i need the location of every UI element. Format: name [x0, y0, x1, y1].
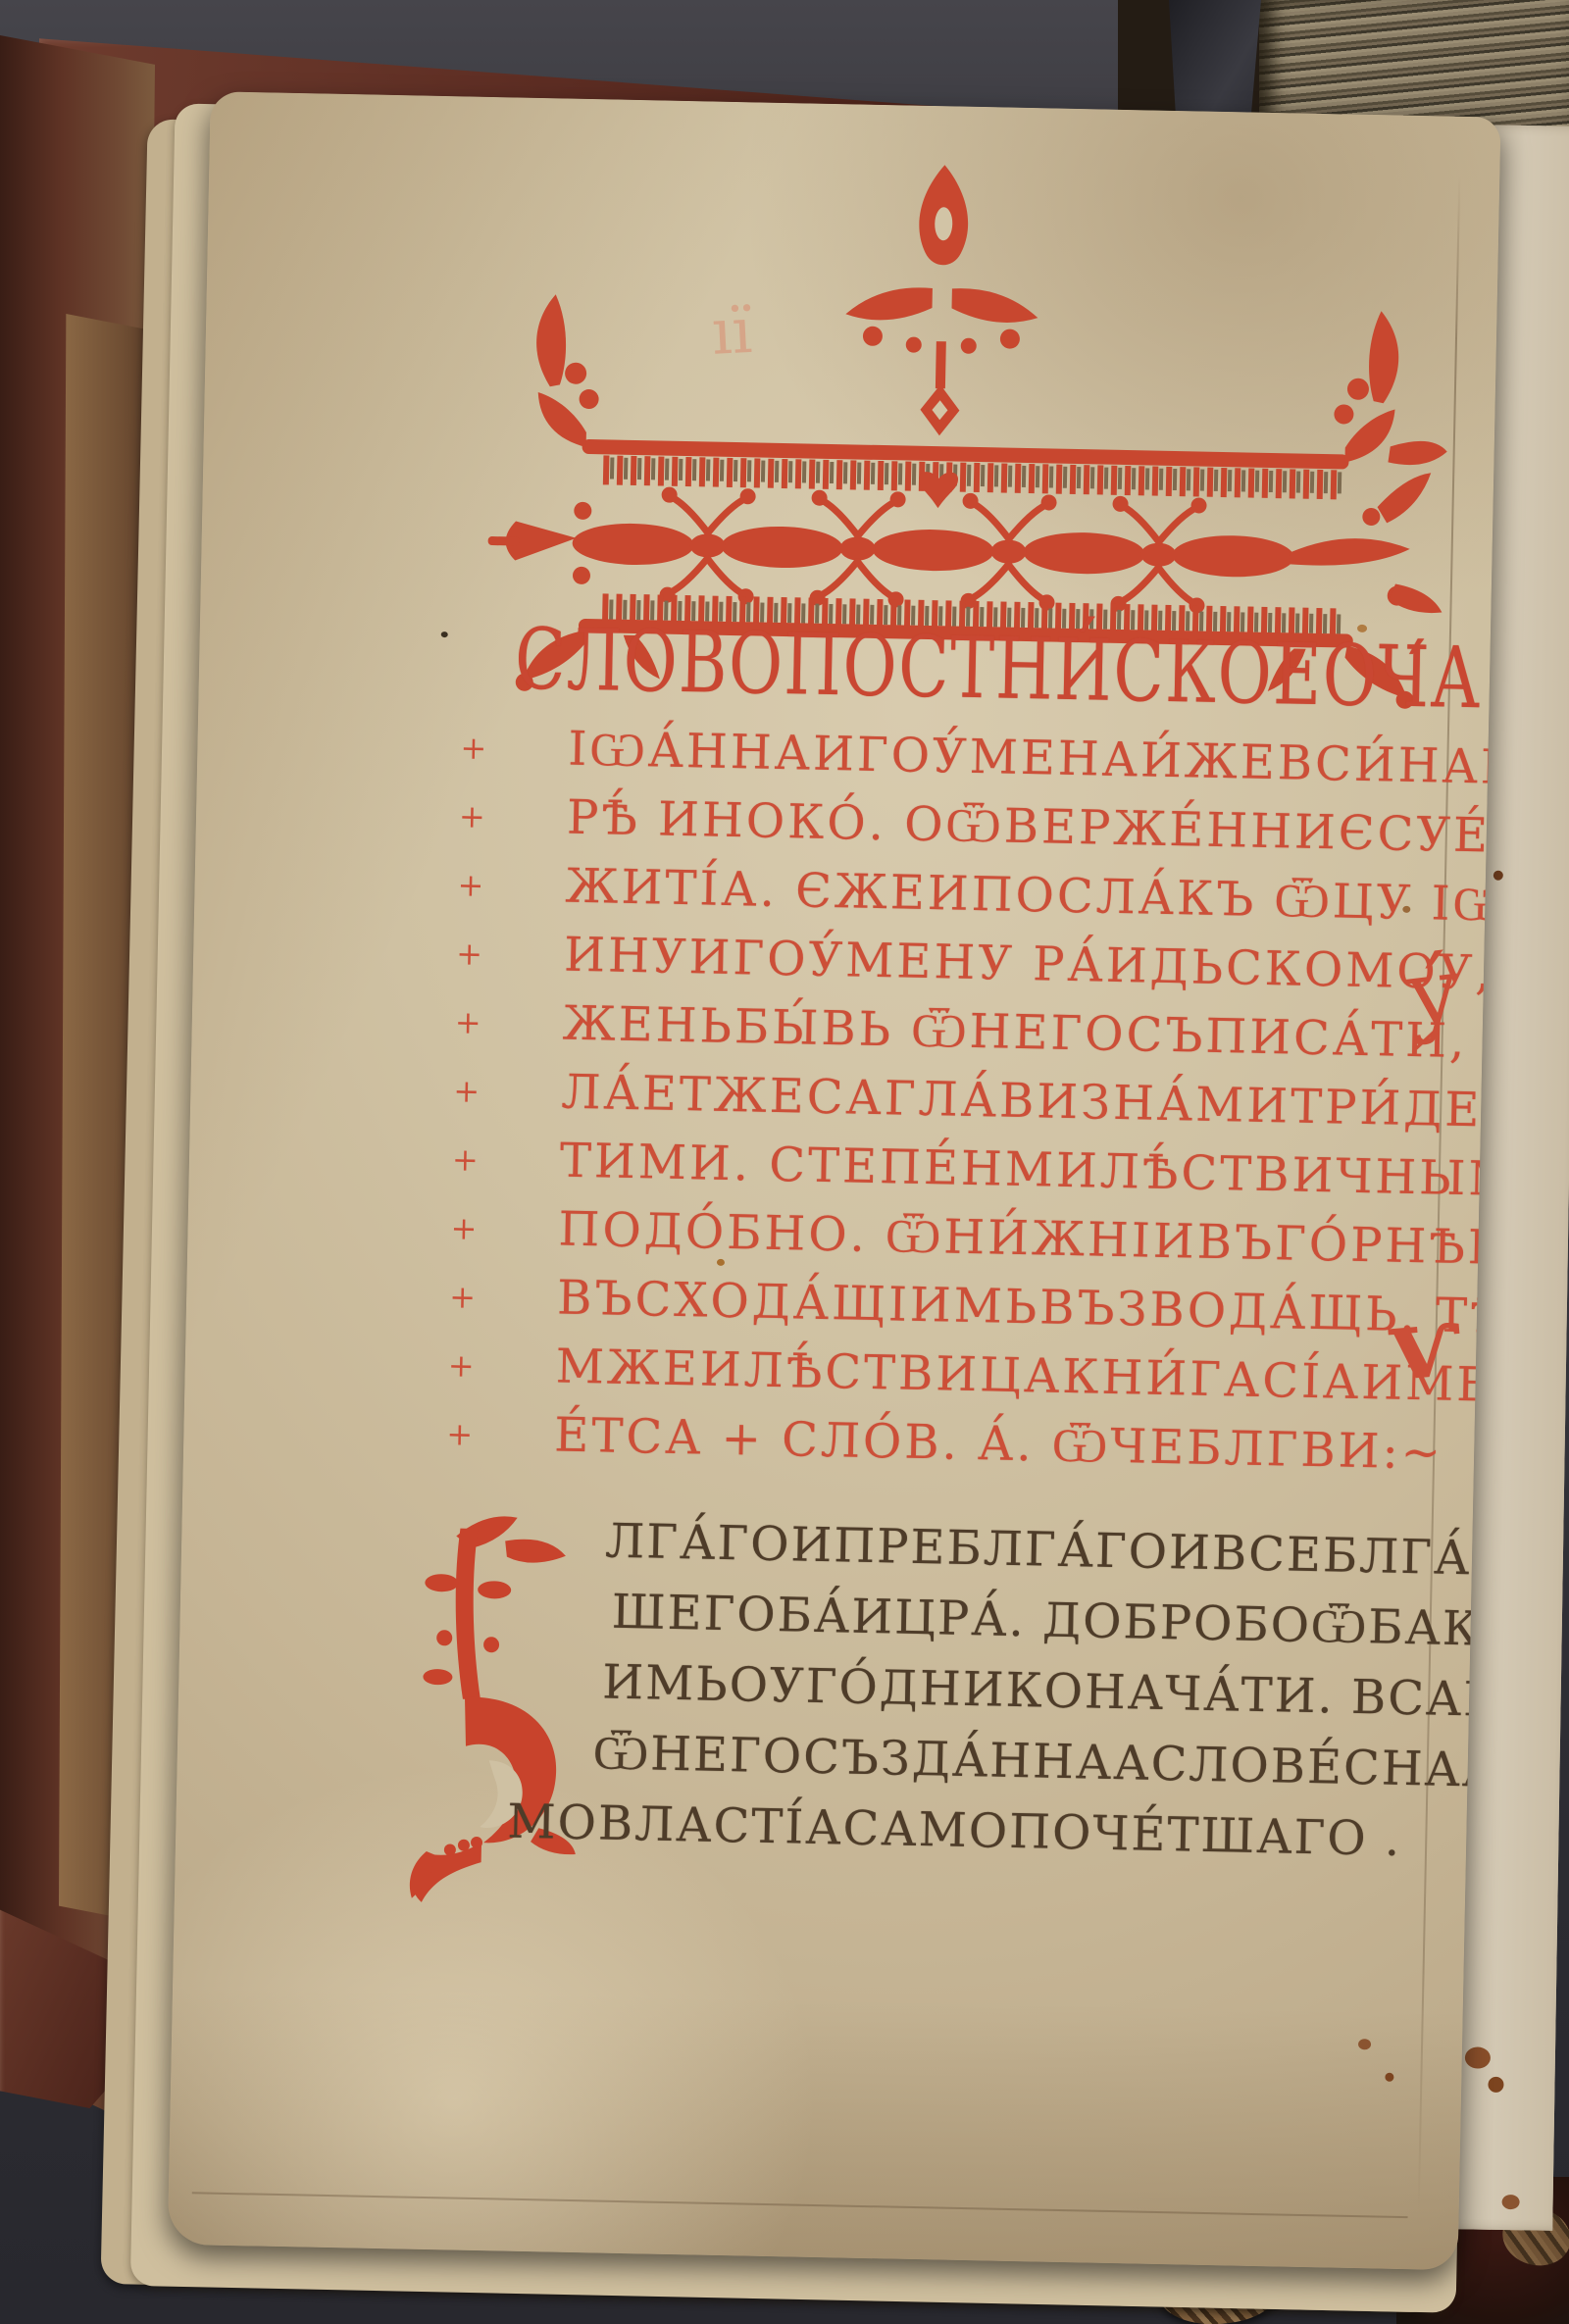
- rubric-title: СЛОВОПОСТНИ́СКОЕОЧ́А: [514, 618, 1483, 722]
- ink-speck: [441, 632, 448, 637]
- margin-flourish-check: ѵ: [1384, 1282, 1467, 1403]
- fox-spot: [1465, 2046, 1491, 2068]
- fox-spot: [1501, 2195, 1519, 2209]
- manuscript-photo: ıї: [0, 0, 1569, 2324]
- margin-cross: +: [457, 866, 484, 904]
- margin-cross: +: [447, 1346, 475, 1385]
- margin-cross: +: [446, 1415, 474, 1453]
- margin-cross: +: [450, 1209, 478, 1247]
- margin-cross: +: [460, 729, 487, 767]
- margin-cross: +: [449, 1278, 477, 1316]
- floral-divider-band: [572, 523, 1294, 579]
- margin-cross: +: [459, 797, 486, 835]
- margin-cross: +: [456, 935, 483, 973]
- fox-spot: [1493, 871, 1503, 881]
- fox-spot: [1488, 2077, 1503, 2093]
- margin-cross: +: [454, 1003, 481, 1041]
- margin-cross: +: [452, 1140, 480, 1179]
- manuscript-page: ıї: [168, 91, 1501, 2270]
- margin-cross: +: [453, 1072, 481, 1110]
- stain-spot: [1385, 2073, 1393, 2082]
- headpiece-ornament: [483, 144, 1459, 674]
